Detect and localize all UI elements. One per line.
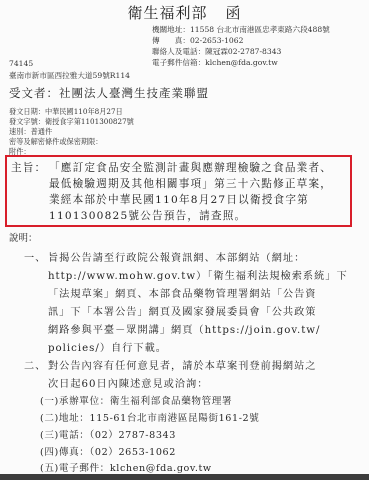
item-marker: 二、 — [24, 357, 46, 372]
document-title: 衛生福利部函 — [0, 2, 369, 23]
explanation-line: http://www.mohw.gov.tw）「衛生福利法規檢索系統」下 — [48, 267, 348, 282]
explanation-line: 網路參與平臺－眾開講」網頁（https://join.gov.tw/ — [48, 321, 320, 336]
explanation-line: 「法規草案」網頁、本部食品藥物管理署網站「公告資 — [48, 285, 317, 300]
document-type: 函 — [226, 4, 242, 22]
contact-person-phone: 聯絡人及電話：陳冠霖02-2787-8343 — [152, 47, 281, 57]
issuing-agency: 衛生福利部 — [127, 4, 207, 22]
explanation-label: 說明： — [9, 230, 38, 244]
explanation-line: 對公告內容有任何意見者，請於本草案刊登前揭網站之 — [48, 357, 317, 372]
confidentiality: 密等及解密條件或保密期限： — [9, 137, 102, 147]
recipient-zip: 74145 — [9, 59, 33, 68]
subject-line: 1101300825號公告預告，請查照。 — [49, 208, 246, 223]
contact-sub-item: (一)承辦單位：衛生福利部食品藥物管理署 — [40, 393, 232, 407]
contact-sub-item: (二)地址：115-61台北市南港區昆陽街161-2號 — [40, 410, 259, 424]
recipient-address: 臺南市新市區西拉雅大道59號R114 — [9, 70, 130, 81]
explanation-line: policies/）自行下載。 — [48, 339, 167, 354]
subject-line: 最低檢驗週期及其他相關事項」第三十六點修正草案， — [49, 176, 332, 191]
explanation-line: 訊」下「本署公告」網頁及國家發展委員會「公共政策 — [48, 303, 317, 318]
contact-email: 電子郵件信箱：klchen@fda.gov.tw — [152, 58, 278, 68]
subject-line: 「應訂定食品安全監測計畫與應辦理檢驗之食品業者、 — [49, 160, 332, 175]
recipient: 受文者：社團法人臺灣生技產業聯盟 — [9, 85, 209, 101]
contact-fax: 傳 真：02-2653-1062 — [152, 36, 243, 46]
subject-line: 業經本部於中華民國110年8月27日以衛授食字第 — [49, 192, 309, 207]
contact-sub-item: (五)電子郵件：klchen@fda.gov.tw — [40, 460, 212, 474]
document-number: 發文字號：衛授食字第1101300827號 — [9, 117, 134, 127]
item-marker: 一、 — [24, 249, 46, 264]
explanation-line: 次日起60日內陳述意見或洽詢： — [48, 375, 208, 390]
contact-sub-item: (四)傳真：（02）2653-1062 — [40, 444, 176, 458]
urgency: 速別：普通件 — [9, 127, 52, 137]
subject-label: 主旨： — [11, 160, 46, 175]
contact-sub-item: (三)電話：（02）2787-8343 — [40, 427, 176, 441]
bottom-edge-bar — [0, 474, 369, 480]
contact-address: 機關地址：11558 台北市南港區忠孝東路六段488號 — [152, 25, 330, 35]
issue-date: 發文日期：中華民國110年8月27日 — [9, 107, 123, 117]
explanation-line: 旨揭公告請至行政院公報資訊網、本部網站（網址： — [48, 249, 305, 264]
